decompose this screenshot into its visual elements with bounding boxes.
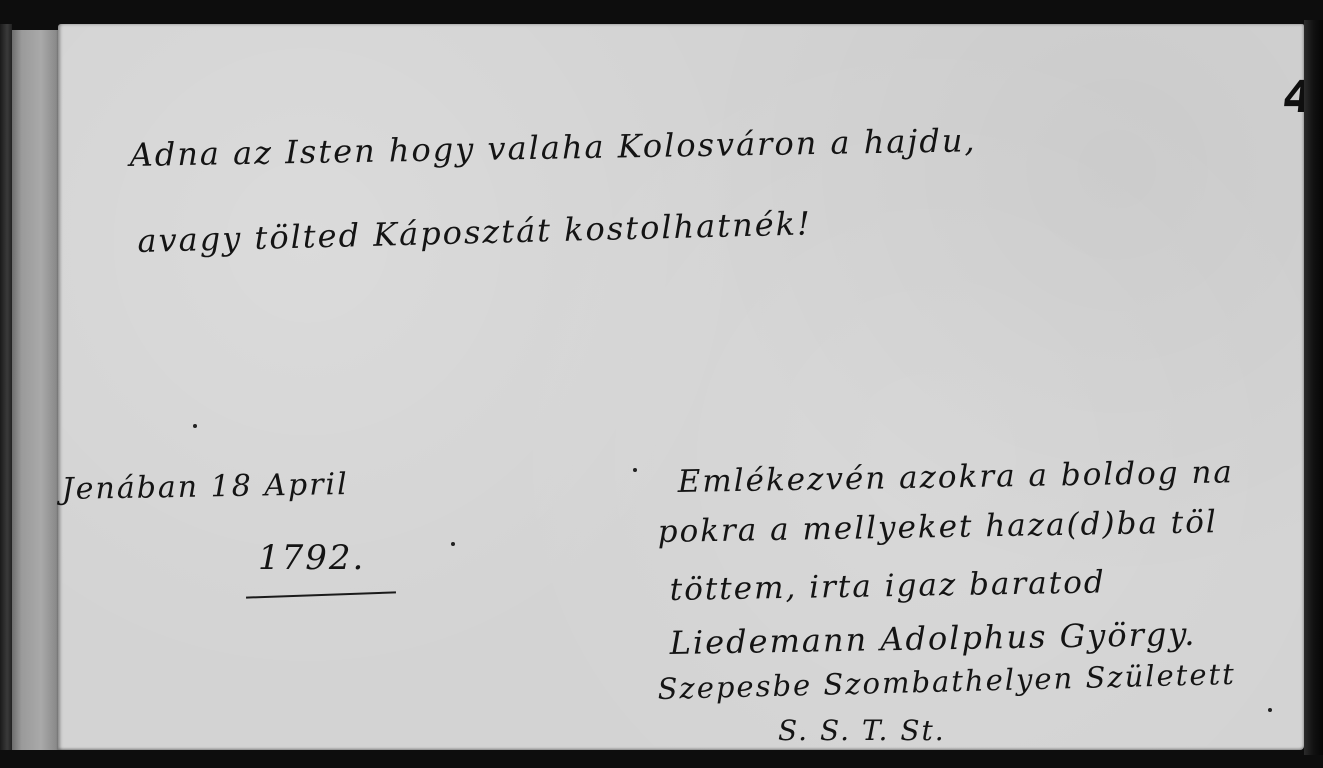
book-binding: [0, 24, 12, 750]
page-gutter: [12, 30, 60, 750]
ink-speck: [633, 468, 637, 472]
dedication-line-5: Szepesbe Szombathelyen Született: [657, 657, 1236, 706]
manuscript-page: 4 Adna az Isten hogy valaha Kolosváron a…: [58, 24, 1304, 750]
year-underline: [246, 591, 396, 598]
ink-speck: [193, 424, 197, 428]
ink-speck: [1268, 708, 1272, 712]
dedication-line-3: töttem, irta igaz baratod: [669, 564, 1106, 608]
dedication-line-4-signature: Liedemann Adolphus György.: [669, 615, 1196, 662]
inscription-line-2: avagy tölted Káposztát kostolhatnék!: [137, 204, 812, 260]
inscription-line-1: Adna az Isten hogy valaha Kolosváron a h…: [129, 121, 977, 174]
place-date-line-1: Jenában 18 April: [61, 467, 349, 507]
dedication-line-2: pokra a mellyeket haza(d)ba töl: [657, 504, 1218, 550]
dedication-line-6-initials: S. S. T. St.: [778, 714, 946, 747]
dedication-line-1: Emlékezvén azokra a boldog na: [677, 454, 1234, 500]
place-date-year: 1792.: [258, 538, 365, 578]
book-right-edge: [1304, 20, 1323, 755]
ink-speck: [451, 542, 455, 546]
